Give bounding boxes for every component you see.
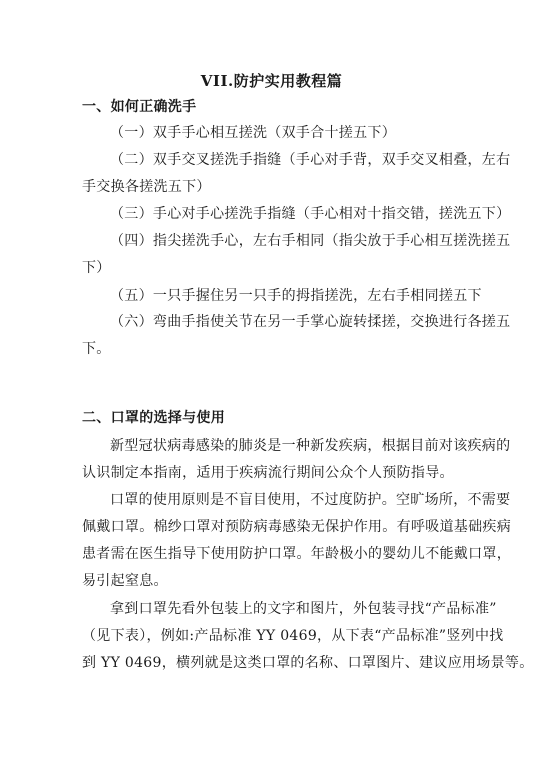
paragraph-line: 新型冠状病毒感染的肺炎是一种新发疾病，根据目前对该疾病的 <box>110 437 492 455</box>
paragraph-line: 下） <box>82 259 464 277</box>
paragraph-line: （五）一只手握住另一只手的拇指搓洗，左右手相同搓五下 <box>110 287 492 305</box>
paragraph-line: 手交换各搓洗五下） <box>82 178 464 196</box>
paragraph-line: 易引起窒息。 <box>82 572 464 590</box>
paragraph-line: （二）双手交叉搓洗手指缝（手心对手背，双手交叉相叠，左右 <box>110 151 492 169</box>
section-heading-mask: 二、口罩的选择与使用 <box>82 409 464 427</box>
paragraph-line: 下。 <box>82 340 464 358</box>
paragraph-line: 到 YY 0469，横列就是这类口罩的名称、口罩图片、建议应用场景等。 <box>82 654 464 672</box>
paragraph-line: （一）双手手心相互搓洗（双手合十搓五下） <box>110 124 492 142</box>
paragraph-line: （六）弯曲手指使关节在另一手掌心旋转揉搓，交换进行各搓五 <box>110 313 492 331</box>
paragraph-line: 拿到口罩先看外包装上的文字和图片，外包装寻找“产品标准” <box>110 600 492 618</box>
paragraph-line: （见下表），例如:产品标准 YY 0469，从下表“产品标准”竖列中找 <box>82 627 464 645</box>
page-title: VII.防护实用教程篇 <box>0 71 543 91</box>
paragraph-line: 口罩的使用原则是不盲目使用，不过度防护。空旷场所，不需要 <box>110 491 492 509</box>
paragraph-line: （三）手心对手心搓洗手指缝（手心相对十指交错，搓洗五下） <box>110 205 492 223</box>
document-page: VII.防护实用教程篇 一、如何正确洗手 （一）双手手心相互搓洗（双手合十搓五下… <box>0 0 543 768</box>
section-heading-handwashing: 一、如何正确洗手 <box>82 98 464 116</box>
paragraph-line: 患者需在医生指导下使用防护口罩。年龄极小的婴幼儿不能戴口罩， <box>82 545 464 563</box>
paragraph-line: 佩戴口罩。棉纱口罩对预防病毒感染无保护作用。有呼吸道基础疾病 <box>82 518 464 536</box>
paragraph-line: （四）指尖搓洗手心，左右手相同（指尖放于手心相互搓洗搓五 <box>110 232 492 250</box>
paragraph-line: 认识制定本指南，适用于疾病流行期间公众个人预防指导。 <box>82 464 464 482</box>
